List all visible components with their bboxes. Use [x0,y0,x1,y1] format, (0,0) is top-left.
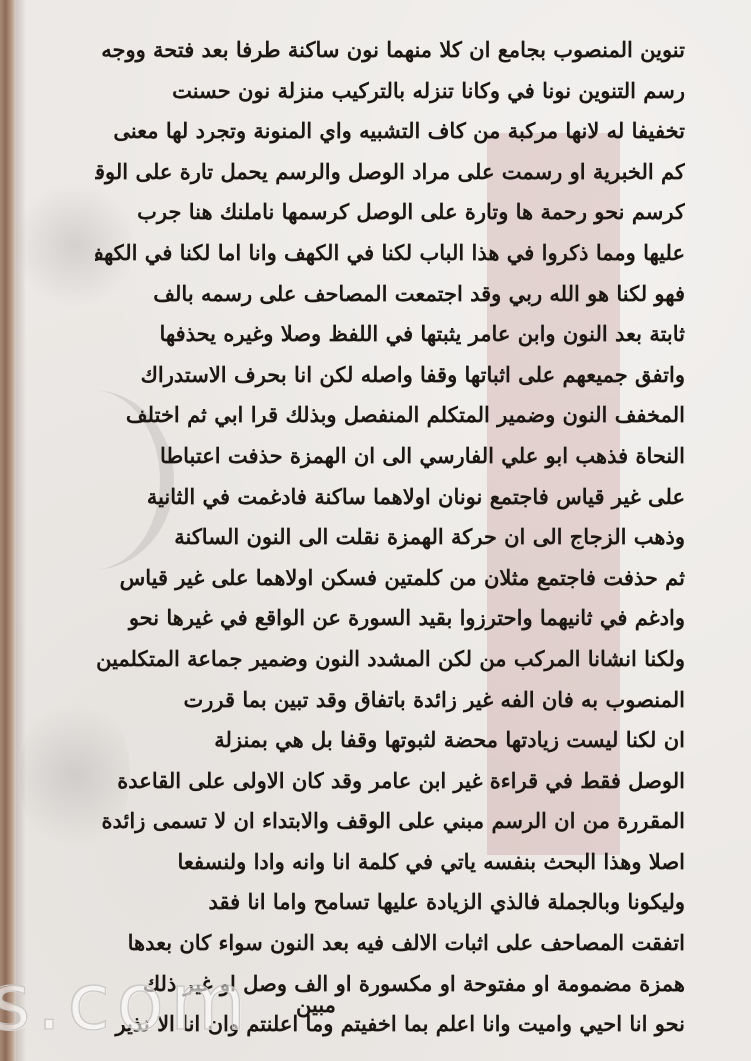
text-line: كرسم نحو رحمة ها وتارة على الوصل كرسمها … [95,192,685,233]
text-line: ان لكنا ليست زيادتها محضة لثبوتها وقفا ب… [95,720,685,761]
text-line: تنوين المنصوب بجامع ان كلا منهما نون ساك… [95,30,685,71]
text-line: واتفق جميعهم على اثباتها وقفا واصله لكن … [95,355,685,396]
text-line: ثم حذفت فاجتمع مثلان من كلمتين فسكن اولا… [95,558,685,599]
text-line: النحاة فذهب ابو علي الفارسي الى ان الهمز… [95,436,685,477]
text-line: فهو لكنا هو الله ربي وقد اجتمعت المصاحف … [95,274,685,315]
final-word: مبين [296,992,336,1017]
manuscript-page: تنوين المنصوب بجامع ان كلا منهما نون ساك… [0,0,751,1061]
text-line: وليكونا وبالجملة فالذي الزيادة عليها تسا… [95,882,685,923]
text-line: وذهب الزجاج الى ان حركة الهمزة نقلت الى … [95,517,685,558]
text-line: المقررة من ان الرسم مبني على الوقف والاب… [95,801,685,842]
text-line: ولكنا انشانا المركب من لكن المشدد النون … [95,639,685,680]
text-line: المنصوب به فان الفه غير زائدة باتفاق وقد… [95,680,685,721]
text-line: تخفيفا له لانها مركبة من كاف التشبيه واي… [95,111,685,152]
text-line: رسم التنوين نونا في وكانا تنزله بالتركيب… [95,71,685,112]
text-line: ثابتة بعد النون وابن عامر يثبتها في اللف… [95,314,685,355]
manuscript-text-block: تنوين المنصوب بجامع ان كلا منهما نون ساك… [95,30,685,1045]
watermark: s.com [0,958,252,1048]
binding-edge [0,0,16,1061]
text-line: الوصل فقط في قراءة غير ابن عامر وقد كان … [95,761,685,802]
text-line: عليها ومما ذكروا في هذا الباب لكنا في ال… [95,233,685,274]
text-line: وادغم في ثانيهما واحترزوا بقيد السورة عن… [95,598,685,639]
text-line: على غير قياس فاجتمع نونان اولاهما ساكنة … [95,477,685,518]
text-line: المخفف النون وضمير المتكلم المنفصل وبذلك… [95,395,685,436]
text-line: كم الخبرية او رسمت على مراد الوصل والرسم… [95,152,685,193]
text-line: اصلا وهذا البحث بنفسه ياتي في كلمة انا و… [95,842,685,883]
